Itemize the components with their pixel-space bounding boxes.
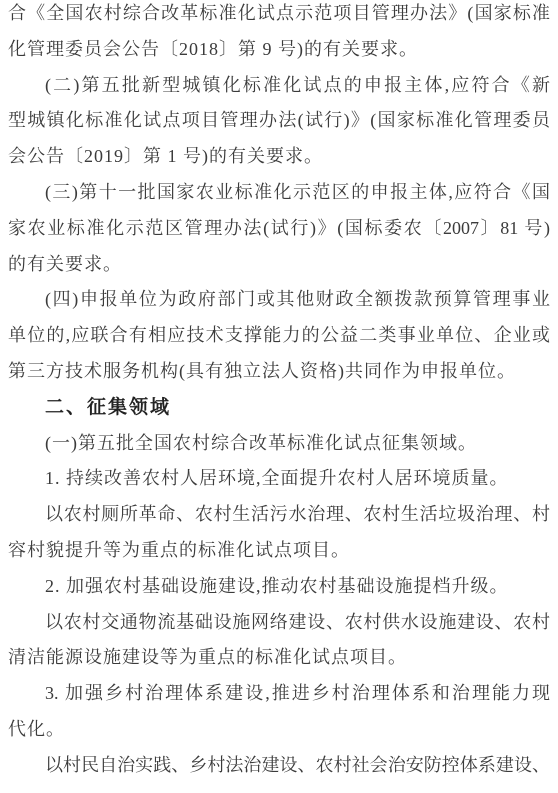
section-heading: 二、征集领域 xyxy=(8,390,550,426)
text-line: 型城镇化标准化试点项目管理办法(试行)》(国家标准化管理委员 xyxy=(8,103,550,139)
text-line: 2. 加强农村基础设施建设,推动农村基础设施提档升级。 xyxy=(8,569,550,605)
text-line: 3. 加强乡村治理体系建设,推进乡村治理体系和治理能力现 xyxy=(8,676,550,712)
text-line: 单位的,应联合有相应技术支撑能力的公益二类事业单位、企业或 xyxy=(8,318,550,354)
text-line: 以农村交通物流基础设施网络建设、农村供水设施建设、农村 xyxy=(8,605,550,641)
text-line: 会公告〔2019〕第 1 号)的有关要求。 xyxy=(8,139,550,175)
page: 合《全国农村综合改革标准化试点示范项目管理办法》(国家标准化管理委员会公告〔20… xyxy=(0,0,558,789)
text-line: 以农村厕所革命、农村生活污水治理、农村生活垃圾治理、村 xyxy=(8,497,550,533)
document-page: { "page": { "background": "#ffffff", "te… xyxy=(0,0,558,793)
text-line: 代化。 xyxy=(8,712,550,748)
text-line: 清洁能源设施建设等为重点的标准化试点项目。 xyxy=(8,640,550,676)
text-line: 以村民自治实践、乡村法治建设、农村社会治安防控体系建设、 xyxy=(8,748,550,784)
text-line: (三)第十一批国家农业标准化示范区的申报主体,应符合《国 xyxy=(8,175,550,211)
text-line: 化管理委员会公告〔2018〕第 9 号)的有关要求。 xyxy=(8,32,550,68)
text-line: (二)第五批新型城镇化标准化试点的申报主体,应符合《新 xyxy=(8,68,550,104)
text-line: (一)第五批全国农村综合改革标准化试点征集领域。 xyxy=(8,426,550,462)
text-block: 合《全国农村综合改革标准化试点示范项目管理办法》(国家标准化管理委员会公告〔20… xyxy=(8,0,550,784)
text-line: 家农业标准化示范区管理办法(试行)》(国标委农〔2007〕81 号) xyxy=(8,211,550,247)
text-line: 容村貌提升等为重点的标准化试点项目。 xyxy=(8,533,550,569)
text-line: 1. 持续改善农村人居环境,全面提升农村人居环境质量。 xyxy=(8,461,550,497)
text-line: 第三方技术服务机构(具有独立法人资格)共同作为申报单位。 xyxy=(8,354,550,390)
text-line: 的有关要求。 xyxy=(8,247,550,283)
text-line: 合《全国农村综合改革标准化试点示范项目管理办法》(国家标准 xyxy=(8,0,550,32)
text-line: (四)申报单位为政府部门或其他财政全额拨款预算管理事业 xyxy=(8,282,550,318)
